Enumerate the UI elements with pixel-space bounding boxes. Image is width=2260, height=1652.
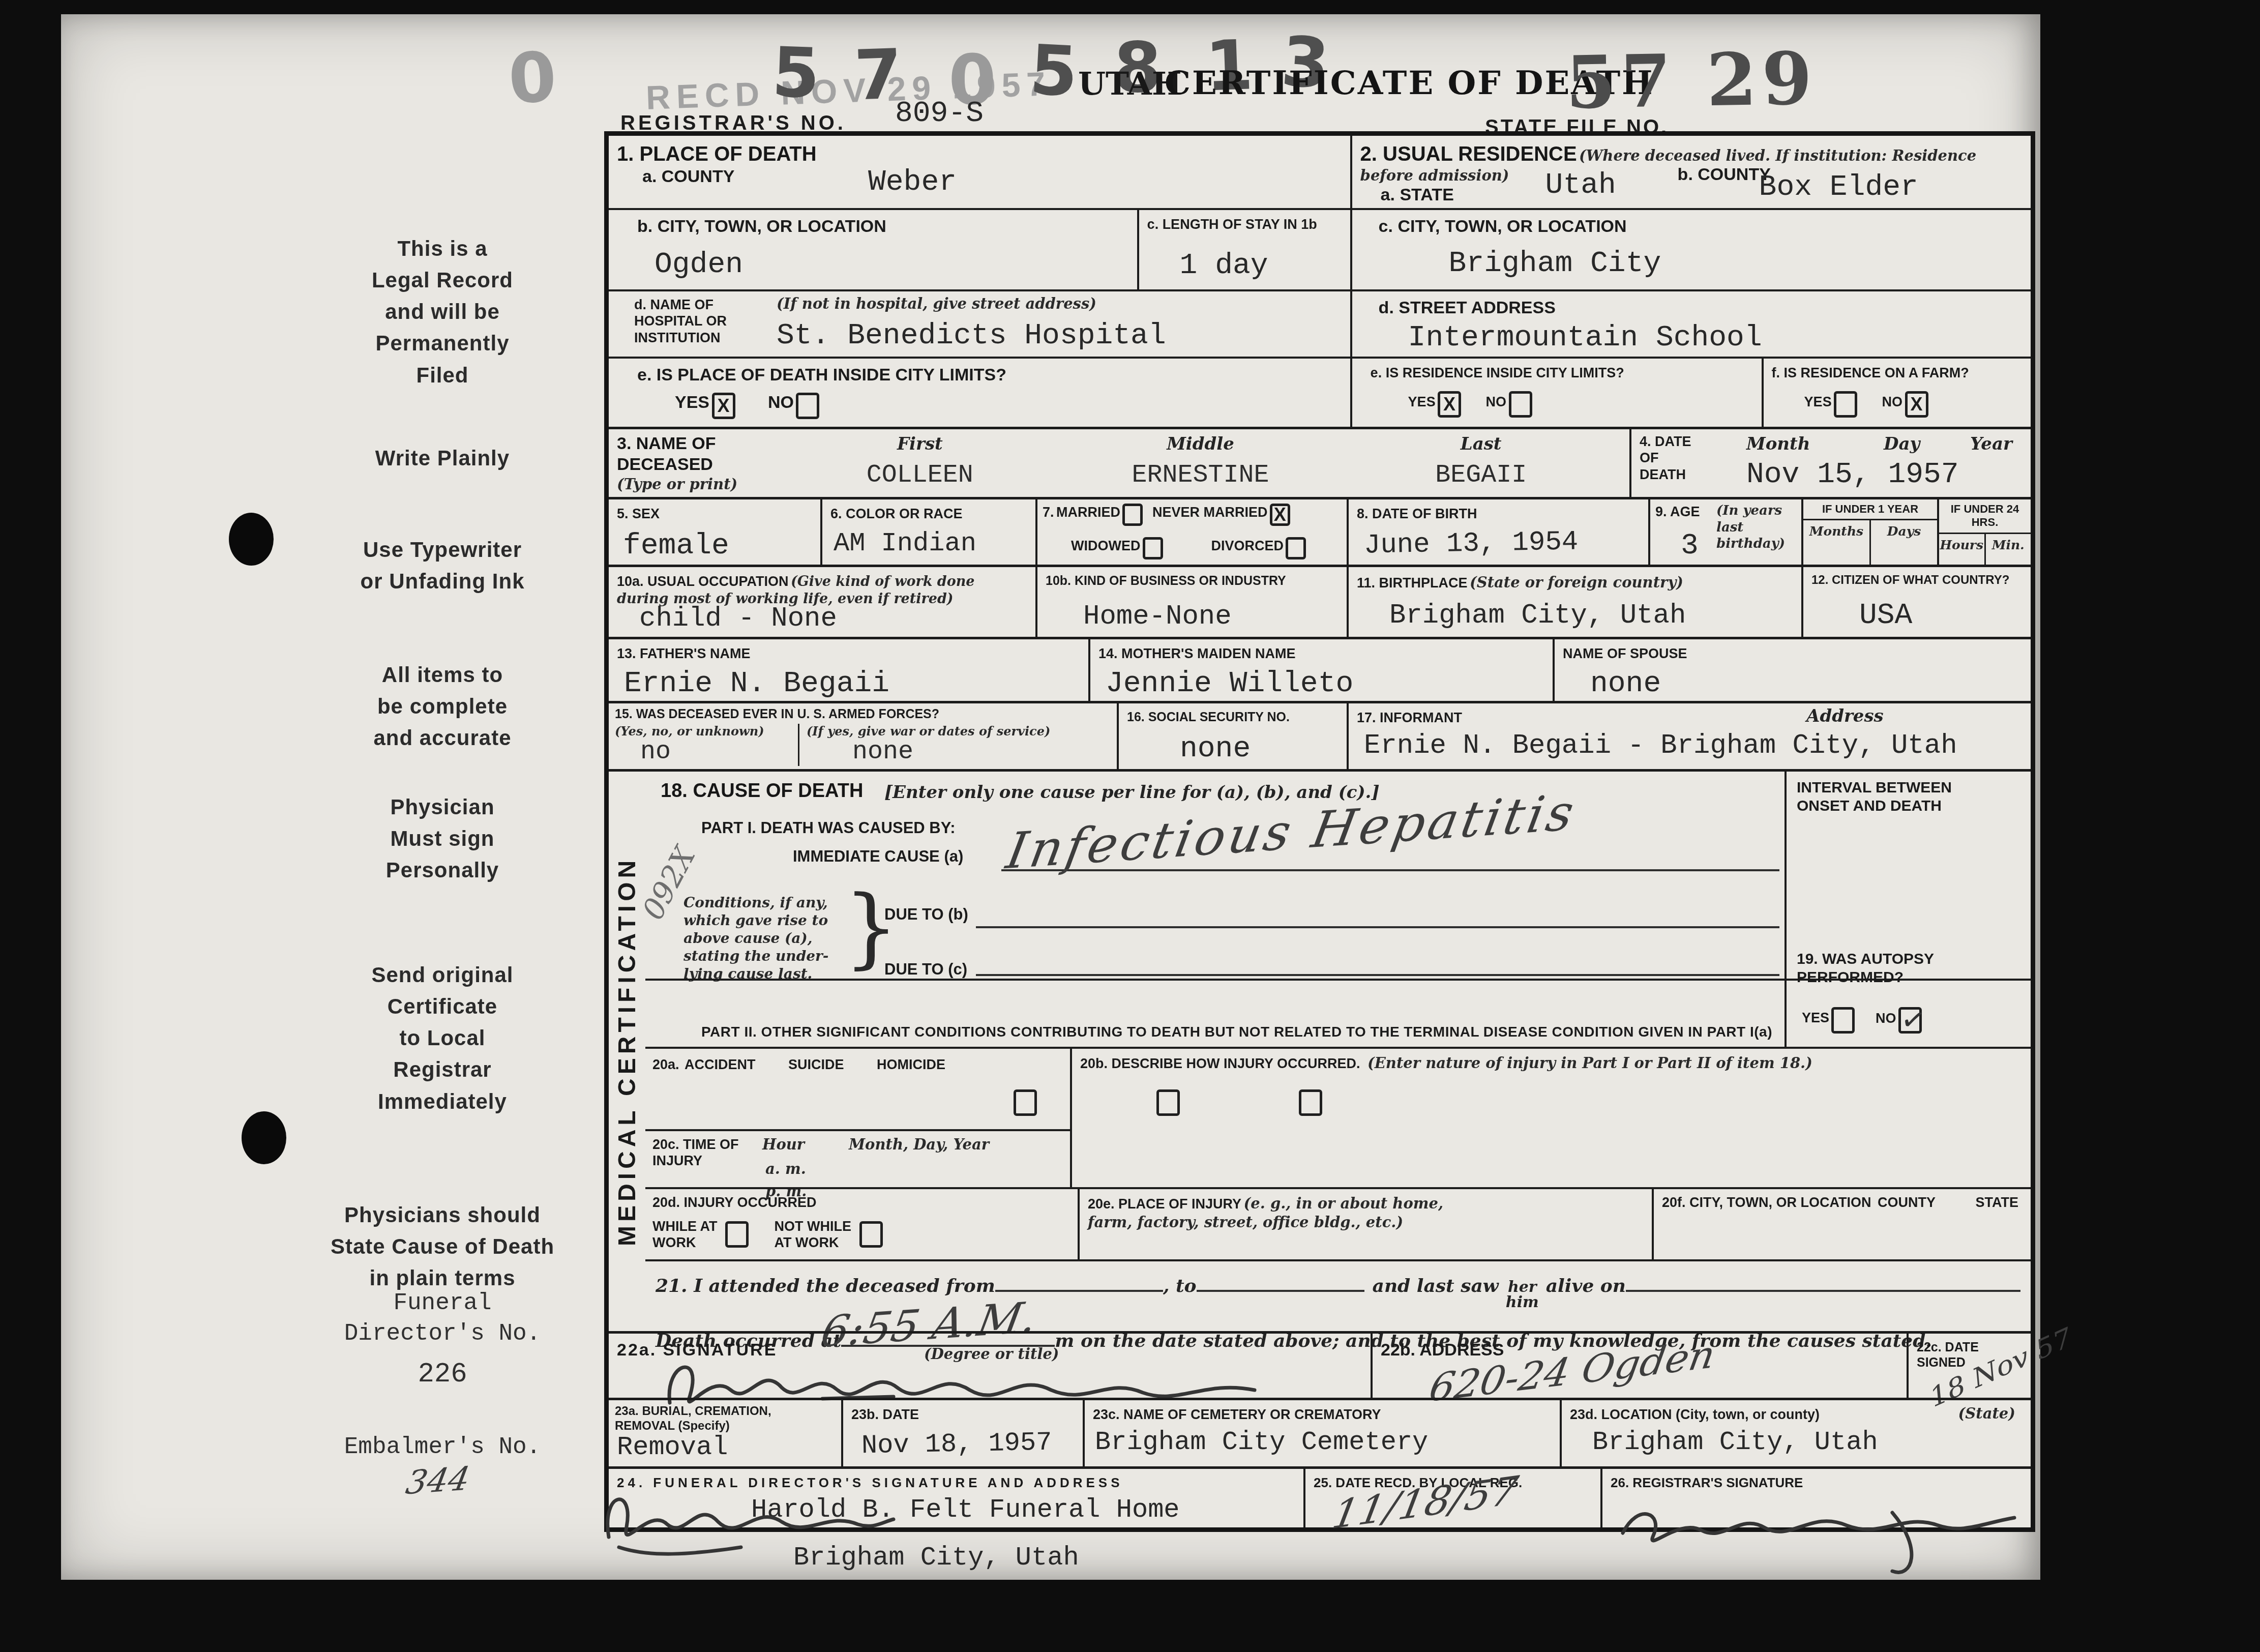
sex-cell: 5. SEX female [609,499,820,565]
name-of-deceased-cell: 3. NAME OF DECEASED (Type or print) Firs… [609,429,1629,497]
citizen-label: 12. CITIZEN OF WHAT COUNTRY? [1811,573,2009,587]
row-registration: 24. FUNERAL DIRECTOR'S SIGNATURE AND ADD… [609,1466,2031,1527]
margin-note-write-plainly: Write Plainly [264,442,620,474]
part2-cell: PART II. OTHER SIGNIFICANT CONDITIONS CO… [645,981,1785,1046]
race-label: 6. COLOR OR RACE [830,506,963,521]
res-city-limits-cell: e. IS RESIDENCE INSIDE CITY LIMITS? YES … [1352,359,1762,427]
suicide-label: SUICIDE [788,1057,844,1072]
sex-value: female [623,531,729,562]
manner-num: 20a. [652,1057,679,1072]
brace: } [844,884,899,971]
length-of-stay-label: c. LENGTH OF STAY IN 1b [1147,217,1317,232]
signature-cell: 22a. SIGNATURE (Degree or title) [609,1334,1371,1398]
age-cell: 9. AGE (In years last birthday) 3 [1648,499,1801,565]
mdy-label: Month, Day, Year [849,1135,989,1154]
accident-checkbox [1014,1089,1037,1116]
marital-status-cell: 7. MARRIED NEVER MARRIED X WIDOWED DIVOR… [1035,499,1347,565]
father-value: Ernie N. Begaii [624,669,889,700]
autopsy-label: 19. WAS AUTOPSY PERFORMED? [1797,950,1934,987]
street-address-cell: d. STREET ADDRESS Intermountain School [1352,289,2031,357]
street-address-value: Intermountain School [1408,323,1762,354]
married-label: MARRIED [1056,505,1120,520]
cemetery-location-cell: 23d. LOCATION (City, town, or county) (S… [1560,1400,2031,1466]
name-note: (Type or print) [617,476,737,493]
margin-note-legal-record: This is a Legal Record and will be Perma… [264,233,620,391]
res-farm-label: f. IS RESIDENCE ON A FARM? [1772,365,1969,380]
describe-injury-label: 20b. DESCRIBE HOW INJURY OCCURRED. [1080,1056,1360,1071]
attended-cell: 21. I attended the deceased from , to an… [645,1259,2031,1331]
month-label: Month [1746,433,1810,455]
margin-note-send-original: Send original Certificate to Local Regis… [264,959,620,1117]
date-received-cell: 25. DATE RECD. BY LOCAL REG. 11/18/57 [1303,1469,1600,1527]
place-county-cell: 1. PLACE OF DEATH a. COUNTY Weber [609,136,1350,208]
state-value: Utah [1545,170,1616,201]
place-of-death-title: 1. PLACE OF DEATH [617,143,817,165]
place-city-cell: b. CITY, TOWN, OR LOCATION Ogden [609,210,1137,289]
industry-value: Home-None [1083,603,1232,632]
armed-forces-value2: none [852,737,913,766]
injury-city-label: 20f. CITY, TOWN, OR LOCATION [1662,1195,1871,1210]
not-while-at-work-label: NOT WHILE AT WORK [774,1218,851,1251]
county-label: a. COUNTY [642,167,734,186]
disposition-value: Removal [617,1434,728,1462]
informant-label: 17. INFORMANT [1357,710,1462,725]
age-value: 3 [1681,531,1699,562]
immediate-cause-label: IMMEDIATE CAUSE (a) [793,847,963,866]
yes-label: YES [675,393,709,412]
residence-city-cell: c. CITY, TOWN, OR LOCATION Brigham City [1352,208,2031,289]
mother-name-cell: 14. MOTHER'S MAIDEN NAME Jennie Willeto [1088,639,1553,701]
informant-cell: 17. INFORMANT Address Ernie N. Begaii - … [1347,703,2031,769]
death-certificate-scan: { "h": { "digits": ["0","5","7","0","5",… [0,0,2260,1652]
place-city-limits-answer: YES X NO [675,392,819,419]
alive-on-line [1626,1268,2020,1292]
row-sex-race-marital: 5. SEX female 6. COLOR OR RACE AM Indian… [609,497,2031,565]
part2-label: PART II. OTHER SIGNIFICANT CONDITIONS CO… [701,1023,1772,1041]
year-label: Year [1970,433,2012,455]
stamp-digit: 0 [507,43,558,114]
no-label: NO [1882,394,1903,409]
punch-hole [242,1111,286,1164]
signer-address-label: 22b. ADDRESS [1381,1340,1504,1360]
while-at-work-label: WHILE AT WORK [652,1218,717,1251]
homicide-label: HOMICIDE [877,1057,945,1072]
state-label: a. STATE [1381,185,1454,204]
spouse-value: none [1590,669,1661,700]
widowed-checkbox [1143,537,1163,559]
divorced-label: DIVORCED [1211,538,1284,553]
am-label: a. m. [765,1160,806,1178]
name-title: 3. NAME OF DECEASED [617,434,716,474]
part1-label: PART I. DEATH WAS CAUSED BY: [701,818,955,838]
hours-label: Hours [1940,538,1983,552]
certificate-form: 1. PLACE OF DEATH a. COUNTY Weber b. CIT… [604,131,2035,1532]
county-value: Weber [868,167,957,198]
injury-occurred-label: 20d. INJURY OCCURRED [652,1195,817,1210]
citizen-cell: 12. CITIZEN OF WHAT COUNTRY? USA [1801,567,2031,636]
row-forces-ssn-informant: 15. WAS DECEASED EVER IN U. S. ARMED FOR… [609,701,2031,769]
injury-state-label: STATE [1976,1194,2019,1211]
interval-cell: INTERVAL BETWEEN ONSET AND DEATH [1785,772,2031,979]
date-signed-cell: 22c. DATE SIGNED 18 Nov 57 [1907,1334,2031,1398]
armed-forces-label: 15. WAS DECEASED EVER IN U. S. ARMED FOR… [615,707,939,721]
injury-location-cell: 20f. CITY, TOWN, OR LOCATION COUNTY STAT… [1652,1189,2031,1259]
row-disposition: 23a. BURIAL, CREMATION, REMOVAL (Specify… [609,1398,2031,1466]
middle-name-label: Middle [1167,434,1234,454]
row-place-residence: 1. PLACE OF DEATH a. COUNTY Weber b. CIT… [609,136,2031,427]
dob-value: June 13, 1954 [1364,528,1579,560]
yes-checkbox: X [712,393,735,419]
place-of-injury-cell: 20e. PLACE OF INJURY (e. g., in or about… [1078,1189,1652,1259]
attended-text-1: 21. I attended the deceased from [656,1275,995,1297]
margin-note-physician-sign: Physician Must sign Personally [264,791,620,886]
yes-label: YES [1804,394,1832,409]
row-name-dateofdeath: 3. NAME OF DECEASED (Type or print) Firs… [609,427,2031,497]
ssn-label: 16. SOCIAL SECURITY NO. [1127,710,1290,724]
yes-checkbox [1831,1007,1855,1034]
certificate-paper: 0 RECD NOV 29 1957 5 7 0 5 8 1 3 REGISTR… [61,14,2040,1580]
no-label: NO [768,393,794,412]
margin-note-complete: All items to be complete and accurate [264,659,620,754]
last-name-label: Last [1461,434,1502,454]
describe-injury-note: (Enter nature of injury in Part I or Par… [1367,1054,1812,1072]
not-while-at-work-checkbox [859,1221,883,1248]
date-of-death-label: 4. DATE OF DEATH [1640,433,1716,493]
place-city-limits-cell: e. IS PLACE OF DEATH INSIDE CITY LIMITS?… [609,357,1350,427]
manner-cell: 20a. ACCIDENT SUICIDE HOMICIDE [645,1049,1070,1129]
cause-title-note: [Enter only one cause per line for (a), … [884,782,1380,804]
funeral-director-no-value: 226 [264,1357,620,1393]
describe-injury-cell: 20b. DESCRIBE HOW INJURY OCCURRED. (Ente… [1070,1049,2031,1188]
race-value: AM Indian [834,530,976,558]
occupation-label: 10a. USUAL OCCUPATION [617,574,789,589]
spouse-label: NAME OF SPOUSE [1563,646,1687,661]
cemetery-cell: 23c. NAME OF CEMETERY OR CREMATORY Brigh… [1083,1400,1560,1466]
medical-certification-vertical-label: MEDICAL CERTIFICATION [609,772,645,1331]
row-occupation-birthplace: 10a. USUAL OCCUPATION (Give kind of work… [609,565,2031,636]
yes-label: YES [1408,394,1436,409]
registrar-signature-cell: 26. REGISTRAR'S SIGNATURE [1600,1469,2031,1527]
place-of-injury-label: 20e. PLACE OF INJURY [1088,1196,1241,1212]
section-usual-residence: 2. USUAL RESIDENCE (Where deceased lived… [1350,136,2031,427]
attended-to-line [1197,1268,1364,1292]
autopsy-answer: YES NO ✓ [1802,1007,1922,1034]
age-label: 9. AGE [1655,504,1700,519]
hospital-cell: d. NAME OF HOSPITAL OR INSTITUTION (If n… [609,289,1350,357]
due-to-b-line [976,926,1779,928]
occupation-cell: 10a. USUAL OCCUPATION (Give kind of work… [609,567,1035,636]
date-of-death-cell: 4. DATE OF DEATH Month Day Year Nov 15, … [1629,429,2031,497]
ssn-value: none [1180,734,1251,765]
embalmer-no-value: 344 [403,1463,472,1499]
occupation-value: child - None [639,605,837,634]
usual-residence-title: 2. USUAL RESIDENCE [1360,143,1577,165]
stamp-digit: 5 [1028,36,1080,107]
funeral-director-no-label: Funeral Director's No. [264,1288,620,1349]
date-of-death-value: Nov 15, 1957 [1746,460,1959,491]
days-label: Days [1887,524,1921,539]
spouse-cell: NAME OF SPOUSE none [1553,639,2031,701]
res-county-value: Box Elder [1759,172,1918,203]
industry-cell: 10b. KIND OF BUSINESS OR INDUSTRY Home-N… [1035,567,1347,636]
yes-checkbox: X [1438,391,1461,418]
widowed-label: WIDOWED [1071,538,1140,553]
res-city-label: c. CITY, TOWN, OR LOCATION [1379,217,1627,236]
birthplace-value: Brigham City, Utah [1389,602,1686,631]
no-label: NO [1486,394,1507,409]
row-signature: 22a. SIGNATURE (Degree or title) 22b. AD… [609,1331,2031,1398]
due-to-c-line [976,974,1779,976]
section-place-of-death: 1. PLACE OF DEATH a. COUNTY Weber b. CIT… [609,136,1350,427]
ssn-cell: 16. SOCIAL SECURITY NO. none [1117,703,1347,769]
armed-forces-note1: (Yes, no, or unknown) [615,724,764,739]
time-of-injury-label: 20c. TIME OF INJURY [652,1136,739,1169]
registrar-no-value: 809-S [895,99,984,130]
cause-title: 18. CAUSE OF DEATH [661,780,863,803]
informant-address-label: Address [1806,705,1884,727]
disposition-date-value: Nov 18, 1957 [861,1429,1052,1460]
accident-label: ACCIDENT [685,1057,756,1072]
birthplace-cell: 11. BIRTHPLACE (State or foreign country… [1347,567,1801,636]
city-value: Ogden [655,250,743,281]
divorced-checkbox [1286,537,1306,559]
res-farm-answer: YES NO X [1804,391,1928,418]
row-parents-spouse: 13. FATHER'S NAME Ernie N. Begaii 14. MO… [609,637,2031,701]
attended-text-3: and last saw [1373,1275,1499,1297]
married-checkbox [1122,504,1143,526]
hospital-value: St. Benedicts Hospital [777,321,1166,352]
due-to-b-label: DUE TO (b) [884,905,968,924]
no-checkbox [1509,391,1532,418]
armed-forces-value1: no [640,737,671,766]
citizen-value: USA [1859,601,1912,632]
funeral-director-cell: 24. FUNERAL DIRECTOR'S SIGNATURE AND ADD… [609,1469,1303,1527]
margin-note-cause-plain: Physicians should State Cause of Death i… [214,1199,671,1294]
res-county-label: b. COUNTY [1678,164,1771,185]
residence-state-county-cell: 2. USUAL RESIDENCE (Where deceased lived… [1352,136,2031,208]
disposition-cell: 23a. BURIAL, CREMATION, REMOVAL (Specify… [609,1400,841,1466]
cemetery-label: 23c. NAME OF CEMETERY OR CREMATORY [1093,1407,1381,1422]
funeral-home-city-value: Brigham City, Utah [793,1544,1079,1572]
armed-forces-note2: (If yes, give war or dates of service) [807,724,1050,739]
hospital-note: (If not in hospital, give street address… [777,294,1096,313]
under-1-year-label: IF UNDER 1 YEAR [1803,499,1937,519]
cause-of-death-cell: 18. CAUSE OF DEATH [Enter only one cause… [645,772,1785,979]
no-checkbox: X [1905,391,1928,418]
no-checkbox: ✓ [1898,1007,1922,1034]
mother-label: 14. MOTHER'S MAIDEN NAME [1098,646,1295,661]
her-him-stack: herhim [1506,1280,1539,1310]
armed-forces-cell: 15. WAS DECEASED EVER IN U. S. ARMED FOR… [609,703,1117,769]
min-label: Min. [1992,538,2025,552]
disposition-label: 23a. BURIAL, CREMATION, REMOVAL (Specify… [615,1404,771,1433]
father-label: 13. FATHER'S NAME [617,646,750,661]
mother-value: Jennie Willeto [1106,669,1353,700]
res-farm-cell: f. IS RESIDENCE ON A FARM? YES NO X [1762,359,2031,427]
sex-label: 5. SEX [617,506,660,521]
birthplace-note: (State or foreign country) [1470,574,1683,591]
attended-text-4: alive on [1546,1275,1626,1297]
no-label: NO [1876,1011,1896,1026]
attended-text-2: , to [1163,1275,1197,1297]
disposition-date-label: 23b. DATE [851,1407,919,1422]
embalmer-no-label: Embalmer's No. [264,1432,620,1463]
under-1-year-cell: IF UNDER 1 YEAR Months Days [1801,499,1937,565]
never-married-label: NEVER MARRIED [1152,505,1268,520]
birthplace-label: 11. BIRTHPLACE [1357,575,1468,591]
under-24-hrs-label: IF UNDER 24 HRS. [1939,499,2031,533]
time-of-injury-cell: 20c. TIME OF INJURY Hour Month, Day, Yea… [645,1129,1070,1188]
signer-address-cell: 22b. ADDRESS 620-24 Ogden [1371,1334,1907,1398]
medical-certification-block: MEDICAL CERTIFICATION 18. CAUSE OF DEATH… [609,769,2031,1331]
age-note: (In years last birthday) [1716,503,1801,552]
street-address-label: d. STREET ADDRESS [1379,298,1556,317]
under-24-hrs-cell: IF UNDER 24 HRS. Hours Min. [1937,499,2031,565]
hospital-label: d. NAME OF HOSPITAL OR INSTITUTION [634,297,727,346]
margin-note-typewriter: Use Typewriter or Unfading Ink [264,534,620,597]
conditions-note: Conditions, if any, which gave rise to a… [683,894,828,983]
marital-num: 7. [1043,505,1054,520]
race-cell: 6. COLOR OR RACE AM Indian [820,499,1035,565]
cemetery-location-value: Brigham City, Utah [1592,1429,1878,1457]
cemetery-value: Brigham City Cemetery [1095,1429,1428,1457]
injury-county-label: COUNTY [1878,1194,1936,1211]
interval-label: INTERVAL BETWEEN ONSET AND DEATH [1797,779,1952,815]
date-of-birth-cell: 8. DATE OF BIRTH June 13, 1954 [1347,499,1648,565]
yes-label: YES [1802,1011,1829,1026]
length-of-stay-value: 1 day [1180,251,1268,282]
no-checkbox [796,393,819,419]
day-label: Day [1884,433,1920,455]
due-to-c-label: DUE TO (c) [884,960,967,979]
city-label: b. CITY, TOWN, OR LOCATION [637,217,886,236]
yes-checkbox [1834,391,1857,418]
res-city-limits-answer: YES X NO [1408,391,1532,418]
place-city-limits-label: e. IS PLACE OF DEATH INSIDE CITY LIMITS? [637,365,1006,385]
months-label: Months [1809,524,1863,539]
injury-occurred-cell: 20d. INJURY OCCURRED WHILE AT WORK NOT W… [645,1189,1078,1259]
res-city-limits-label: e. IS RESIDENCE INSIDE CITY LIMITS? [1371,365,1624,380]
informant-value: Ernie N. Begaii - Brigham City, Utah [1364,732,1957,761]
while-at-work-checkbox [725,1221,749,1248]
father-name-cell: 13. FATHER'S NAME Ernie N. Begaii [609,639,1088,701]
autopsy-cell: 19. WAS AUTOPSY PERFORMED? YES NO ✓ [1785,981,2031,1046]
registrar-signature-scrawl [1608,1482,2035,1579]
middle-name-value: ERNESTINE [1132,462,1269,489]
first-name-label: First [897,434,943,454]
dob-label: 8. DATE OF BIRTH [1357,506,1477,521]
hour-label: Hour [762,1135,805,1154]
last-name-value: BEGAII [1435,462,1527,489]
res-city-value: Brigham City [1449,249,1661,280]
disposition-date-cell: 23b. DATE Nov 18, 1957 [841,1400,1083,1466]
length-of-stay-cell: c. LENGTH OF STAY IN 1b 1 day [1137,210,1350,289]
never-married-checkbox: X [1270,504,1290,526]
cemetery-location-label: 23d. LOCATION (City, town, or county) [1570,1407,1820,1422]
stamp-digit: 5 [771,38,821,108]
attended-from-line [995,1268,1163,1292]
industry-label: 10b. KIND OF BUSINESS OR INDUSTRY [1046,574,1286,588]
first-name-value: COLLEEN [867,462,973,489]
state-note: (State) [1958,1404,2015,1423]
